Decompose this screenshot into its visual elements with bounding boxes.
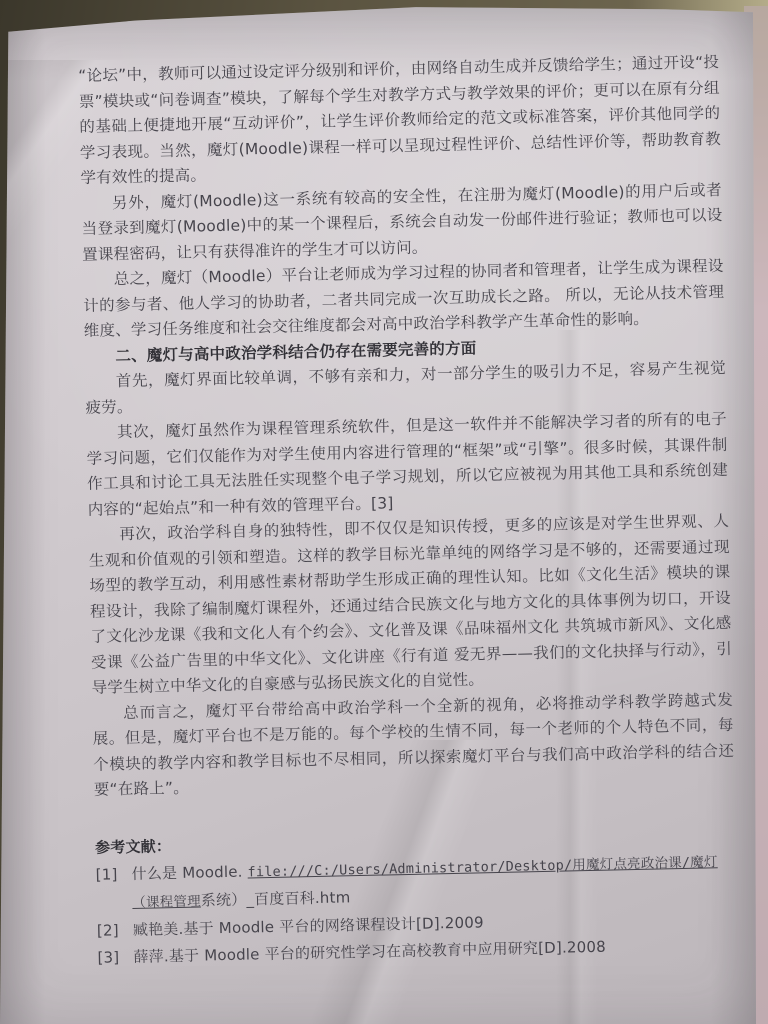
reference-url-tail: 系统）_百度百科.htm bbox=[201, 888, 351, 909]
reference-text: 臧艳美.基于 Moodle 平台的网络课程设计[D].2009 bbox=[133, 913, 484, 939]
reference-label: [3] bbox=[97, 944, 134, 972]
paragraph-third-point: 再次，政治学科自身的独特性，即不仅仅是知识传授，更多的应该是对学生世界观、人生观… bbox=[88, 509, 733, 701]
paragraph-summary-roles: 总之，魔灯（Moodle）平台让老师成为学习过程的协同者和管理者，让学生成为课程… bbox=[82, 254, 725, 344]
reference-title: 什么是 Moodle. bbox=[131, 862, 247, 883]
reference-label: [1] bbox=[95, 861, 132, 889]
paragraph-conclusion: 总而言之，魔灯平台带给高中政治学科一个全新的视角，必将推动学科教学跨越式发展。但… bbox=[92, 687, 735, 803]
document-page: “论坛”中，教师可以通过设定评分级别和评价，由网络自动生成并反馈给学生；通过开设… bbox=[0, 0, 756, 1024]
references-section: 参考文献： [1]什么是 Moodle. file:///C:/Users/Ad… bbox=[95, 820, 739, 971]
page-text-block: “论坛”中，教师可以通过设定评分级别和评价，由网络自动生成并反馈给学生；通过开设… bbox=[78, 50, 739, 971]
paragraph-security: 另外，魔灯(Moodle)这一系统有较高的安全性，在注册为魔灯(Moodle)的… bbox=[81, 177, 724, 267]
reference-text: 薛萍.基于 Moodle 平台的研究性学习在高校教育中应用研究[D].2008 bbox=[133, 937, 606, 965]
photo-background: “论坛”中，教师可以通过设定评分级别和评价，由网络自动生成并反馈给学生；通过开设… bbox=[0, 0, 768, 1024]
reference-label: [2] bbox=[97, 917, 134, 945]
paragraph-second-point: 其次，魔灯虽然作为课程管理系统软件，但是这一软件并不能解决学习者的所有的电子学习… bbox=[86, 407, 729, 523]
paragraph-forum-evaluation: “论坛”中，教师可以通过设定评分级别和评价，由网络自动生成并反馈给学生；通过开设… bbox=[78, 50, 722, 191]
